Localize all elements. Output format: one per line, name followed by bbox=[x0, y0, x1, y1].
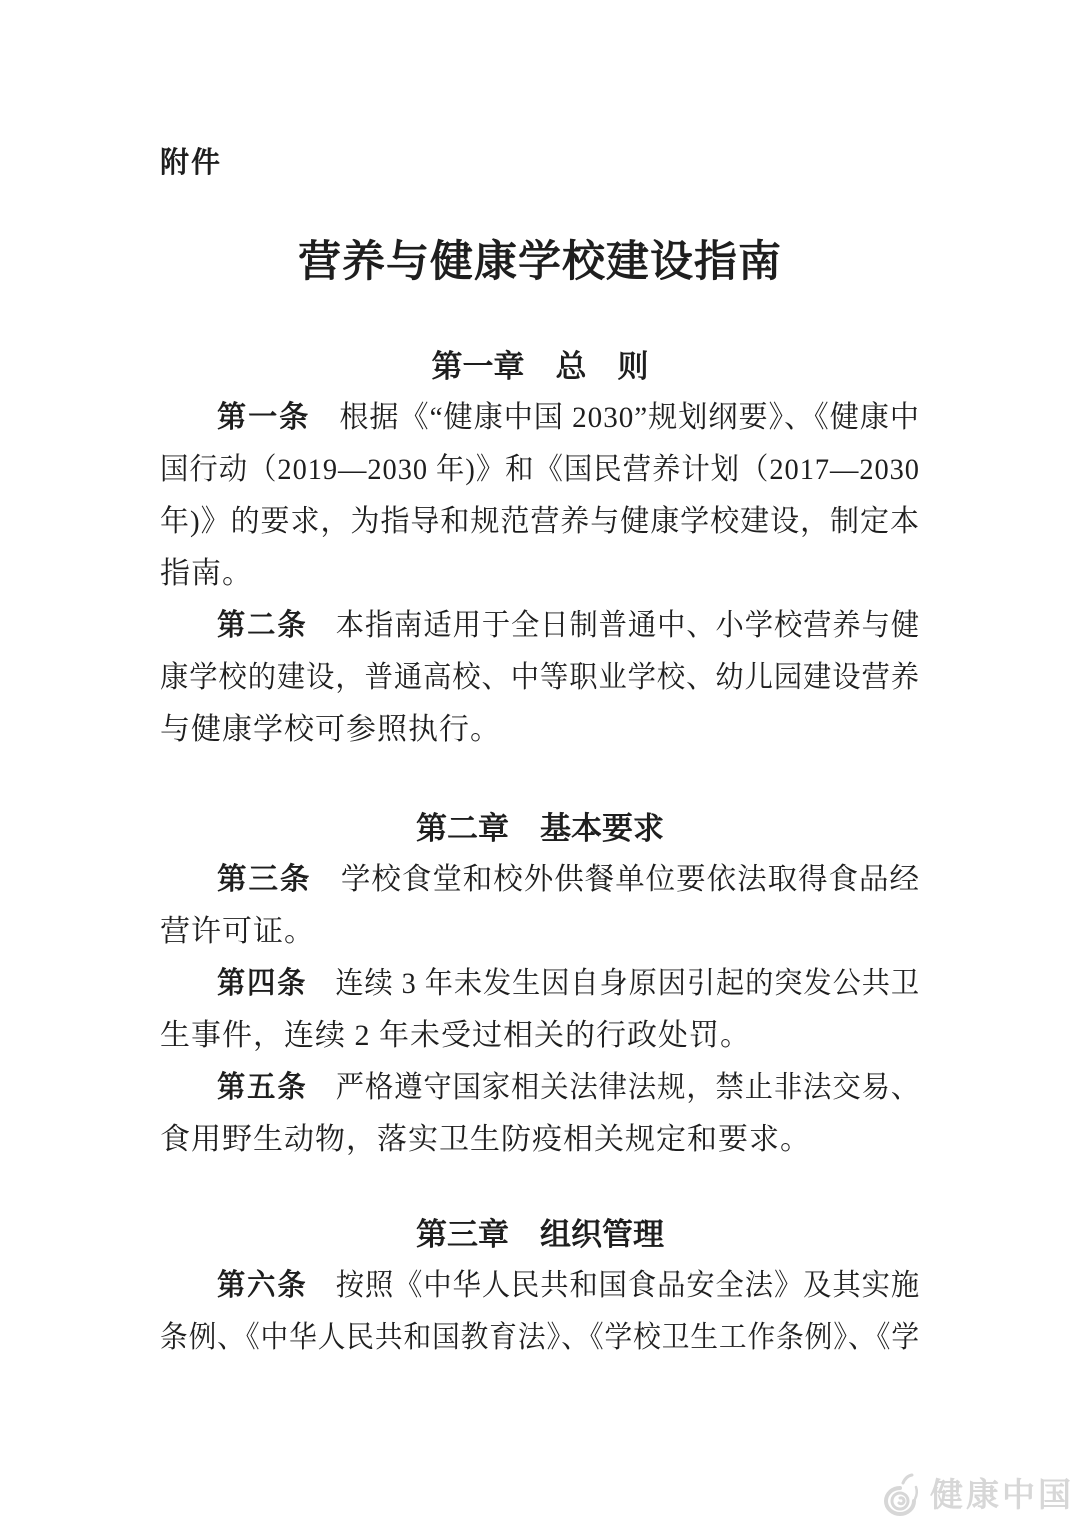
watermark-text: 健康中国 bbox=[930, 1477, 1074, 1513]
body-line: 条例、《中华人民共和国教育法》、《学校卫生工作条例》、《学 bbox=[160, 1312, 920, 1364]
body-line: 第三条学校食堂和校外供餐单位要依法取得食品经 bbox=[160, 854, 920, 906]
document-title: 营养与健康学校建设指南 bbox=[160, 240, 920, 286]
body-line: 第一条根据《“健康中国 2030”规划纲要》、《健康中 bbox=[160, 392, 920, 444]
chapter-heading-3: 第三章 组织管理 bbox=[160, 1218, 920, 1252]
health-china-logo-icon bbox=[872, 1471, 924, 1519]
line-text: 营许可证。 bbox=[160, 906, 315, 958]
line-content: 第三条学校食堂和校外供餐单位要依法取得食品经 bbox=[217, 854, 920, 906]
line-text: 严格遵守国家相关法律法规，禁止非法交易、 bbox=[336, 1071, 920, 1104]
line-text: 康学校的建设，普通高校、中等职业学校、幼儿园建设营养 bbox=[160, 652, 920, 704]
line-text: 生事件，连续 2 年未受过相关的行政处罚。 bbox=[160, 1010, 751, 1062]
line-text: 国行动（2019—2030 年)》和《国民营养计划（2017—2030 bbox=[160, 444, 920, 496]
line-text: 条例、《中华人民共和国教育法》、《学校卫生工作条例》、《学 bbox=[160, 1312, 920, 1364]
body-line: 第六条按照《中华人民共和国食品安全法》及其实施 bbox=[160, 1260, 920, 1312]
body-line: 营许可证。 bbox=[160, 906, 920, 958]
body-line: 食用野生动物，落实卫生防疫相关规定和要求。 bbox=[160, 1114, 920, 1166]
article-lead: 第六条 bbox=[217, 1269, 307, 1302]
line-text: 与健康学校可参照执行。 bbox=[160, 704, 501, 756]
watermark: 健康中国 bbox=[872, 1471, 1074, 1519]
document-page: 附件 营养与健康学校建设指南 第一章 总 则 第一条根据《“健康中国 2030”… bbox=[0, 0, 1080, 1527]
chapter-heading-2: 第二章 基本要求 bbox=[160, 812, 920, 846]
body-line: 第五条严格遵守国家相关法律法规，禁止非法交易、 bbox=[160, 1062, 920, 1114]
body-line: 第四条连续 3 年未发生因自身原因引起的突发公共卫 bbox=[160, 958, 920, 1010]
article-lead: 第四条 bbox=[217, 967, 307, 1000]
line-content: 第四条连续 3 年未发生因自身原因引起的突发公共卫 bbox=[217, 958, 920, 1010]
line-text: 食用野生动物，落实卫生防疫相关规定和要求。 bbox=[160, 1114, 811, 1166]
body-line: 国行动（2019—2030 年)》和《国民营养计划（2017—2030 bbox=[160, 444, 920, 496]
line-text: 连续 3 年未发生因自身原因引起的突发公共卫 bbox=[335, 967, 920, 1000]
line-text: 根据《“健康中国 2030”规划纲要》、《健康中 bbox=[339, 401, 920, 434]
line-content: 第一条根据《“健康中国 2030”规划纲要》、《健康中 bbox=[217, 392, 920, 444]
line-content: 第五条严格遵守国家相关法律法规，禁止非法交易、 bbox=[217, 1062, 920, 1114]
body-line: 生事件，连续 2 年未受过相关的行政处罚。 bbox=[160, 1010, 920, 1062]
body-line: 与健康学校可参照执行。 bbox=[160, 704, 920, 756]
line-text: 按照《中华人民共和国食品安全法》及其实施 bbox=[336, 1269, 920, 1302]
body-line: 年)》的要求，为指导和规范营养与健康学校建设，制定本 bbox=[160, 496, 920, 548]
line-content: 第二条本指南适用于全日制普通中、小学校营养与健 bbox=[217, 600, 920, 652]
body-line: 康学校的建设，普通高校、中等职业学校、幼儿园建设营养 bbox=[160, 652, 920, 704]
attachment-label: 附件 bbox=[160, 148, 920, 178]
document-content: 附件 营养与健康学校建设指南 第一章 总 则 第一条根据《“健康中国 2030”… bbox=[0, 0, 1080, 1364]
line-text: 学校食堂和校外供餐单位要依法取得食品经 bbox=[341, 863, 920, 896]
article-lead: 第二条 bbox=[217, 609, 307, 642]
line-content: 第六条按照《中华人民共和国食品安全法》及其实施 bbox=[217, 1260, 920, 1312]
article-lead: 第一条 bbox=[217, 401, 310, 434]
article-lead: 第五条 bbox=[217, 1071, 307, 1104]
line-text: 年)》的要求，为指导和规范营养与健康学校建设，制定本 bbox=[160, 496, 920, 548]
line-text: 指南。 bbox=[160, 548, 253, 600]
article-lead: 第三条 bbox=[217, 863, 311, 896]
chapter-heading-1: 第一章 总 则 bbox=[160, 350, 920, 384]
body-line: 第二条本指南适用于全日制普通中、小学校营养与健 bbox=[160, 600, 920, 652]
line-text: 本指南适用于全日制普通中、小学校营养与健 bbox=[336, 609, 920, 642]
body-line: 指南。 bbox=[160, 548, 920, 600]
